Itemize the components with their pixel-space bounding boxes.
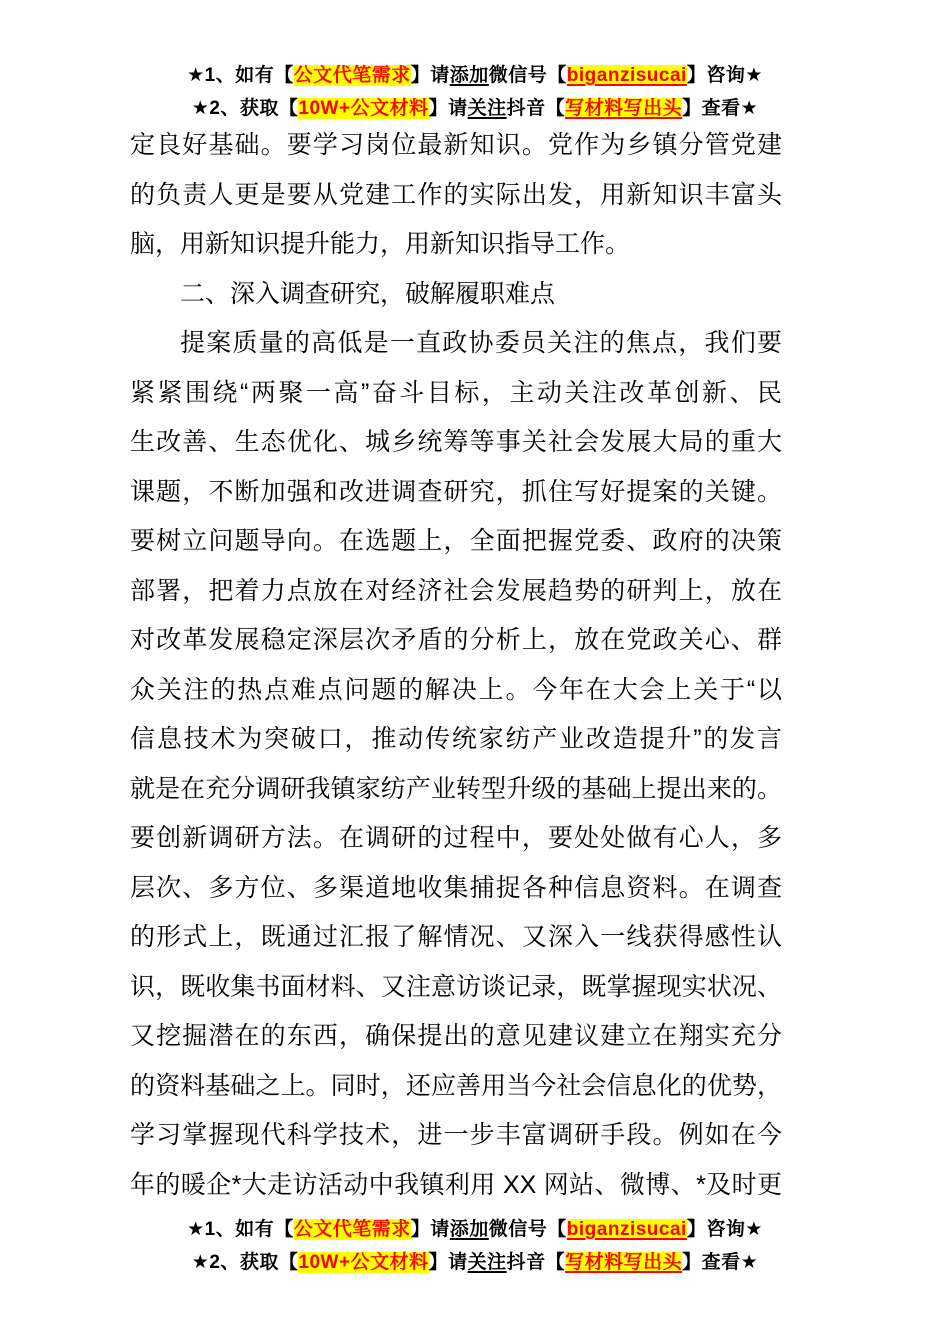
text-line-paragraph-start: 提案质量的高低是一直政协委员关注的焦点，我们要: [130, 319, 782, 369]
promo-segment-action-add: 添加: [450, 1219, 489, 1240]
promo-segment-bracket-mid: 】请: [429, 98, 468, 119]
promo-segment-star-prefix: ★2、获取【: [192, 98, 299, 119]
text-line: 的资料基础之上。同时，还应善用当今社会信息化的优势，: [130, 1062, 782, 1112]
paragraph-continuation: 定良好基础。要学习岗位最新知识。党作为乡镇分管党建的负责人更是要从党建工作的实际…: [130, 121, 782, 220]
promo-segment-wechat-id: biganzisucai: [567, 65, 687, 86]
promo-segment-bracket-mid: 】请: [429, 1252, 468, 1273]
promo-segment-action-follow: 关注: [468, 98, 507, 119]
section-heading: 二、深入调查研究，破解履职难点: [130, 270, 782, 320]
promo-segment-action-add: 添加: [450, 65, 489, 86]
document-body: 定良好基础。要学习岗位最新知识。党作为乡镇分管党建的负责人更是要从党建工作的实际…: [130, 121, 782, 1210]
text-line: 众关注的热点难点问题的解决上。今年在大会上关于“以: [130, 666, 782, 716]
text-line: 的形式上，既通过汇报了解情况、又深入一线获得感性认: [130, 913, 782, 963]
text-line: 信息技术为突破口，推动传统家纺产业改造提升”的发言: [130, 715, 782, 765]
text-line: 要树立问题导向。在选题上，全面把握党委、政府的决策: [130, 517, 782, 567]
text-line: 又挖掘潜在的东西，确保提出的意见建议建立在翔实充分: [130, 1012, 782, 1062]
promo-segment-star-suffix: 】咨询★: [687, 65, 763, 86]
text-line: 紧紧围绕“两聚一高”奋斗目标，主动关注改革创新、民: [130, 369, 782, 419]
footer-promo-banner: ★1、如有【公文代笔需求】请添加微信号【biganzisucai】咨询★ ★2、…: [0, 1213, 950, 1279]
promo-segment-material-keyword: 10W+公文材料: [298, 98, 428, 119]
text-line: 学习掌握现代科学技术，进一步丰富调研手段。例如在今: [130, 1111, 782, 1161]
text-line: 脑，用新知识提升能力，用新知识指导工作。: [130, 220, 782, 270]
paragraph-body: 紧紧围绕“两聚一高”奋斗目标，主动关注改革创新、民生改善、生态优化、城乡统筹等事…: [130, 369, 782, 1211]
header-promo-banner: ★1、如有【公文代笔需求】请添加微信号【biganzisucai】咨询★ ★2、…: [0, 59, 950, 125]
promo-segment-douyin-account: 写材料写出头: [565, 1252, 682, 1273]
promo-segment-douyin-label: 抖音【: [507, 1252, 566, 1273]
footer-promo-line-1: ★1、如有【公文代笔需求】请添加微信号【biganzisucai】咨询★: [0, 1213, 950, 1246]
promo-segment-douyin-account: 写材料写出头: [565, 98, 682, 119]
promo-segment-star-prefix: ★2、获取【: [192, 1252, 299, 1273]
promo-segment-wechat-label: 微信号【: [489, 1219, 567, 1240]
text-line: 就是在充分调研我镇家纺产业转型升级的基础上提出来的。: [130, 765, 782, 815]
promo-segment-star-suffix: 】咨询★: [687, 1219, 763, 1240]
footer-promo-line-2: ★2、获取【10W+公文材料】请关注抖音【写材料写出头】查看★: [0, 1246, 950, 1279]
promo-segment-material-keyword: 10W+公文材料: [298, 1252, 428, 1273]
text-line: 层次、多方位、多渠道地收集捕捉各种信息资料。在调查: [130, 864, 782, 914]
text-line: 生改善、生态优化、城乡统筹等事关社会发展大局的重大: [130, 418, 782, 468]
text-line: 要创新调研方法。在调研的过程中，要处处做有心人，多: [130, 814, 782, 864]
promo-segment-action-follow: 关注: [468, 1252, 507, 1273]
promo-segment-star-suffix: 】查看★: [682, 98, 758, 119]
text-line: 部署，把着力点放在对经济社会发展趋势的研判上，放在: [130, 567, 782, 617]
text-line: 课题，不断加强和改进调查研究，抓住写好提案的关键。: [130, 468, 782, 518]
text-line: 定良好基础。要学习岗位最新知识。党作为乡镇分管党建: [130, 121, 782, 171]
promo-segment-wechat-label: 微信号【: [489, 65, 567, 86]
promo-segment-star-suffix: 】查看★: [682, 1252, 758, 1273]
text-line: 对改革发展稳定深层次矛盾的分析上，放在党政关心、群: [130, 616, 782, 666]
text-line: 年的暖企*大走访活动中我镇利用 XX 网站、微博、*及时更: [130, 1161, 782, 1211]
text-line: 的负责人更是要从党建工作的实际出发，用新知识丰富头: [130, 171, 782, 221]
header-promo-line-1: ★1、如有【公文代笔需求】请添加微信号【biganzisucai】咨询★: [0, 59, 950, 92]
promo-segment-star-prefix: ★1、如有【: [187, 1219, 294, 1240]
promo-segment-service-keyword: 公文代笔需求: [294, 1219, 411, 1240]
promo-segment-service-keyword: 公文代笔需求: [294, 65, 411, 86]
promo-segment-bracket-mid: 】请: [411, 1219, 450, 1240]
document-page: ★1、如有【公文代笔需求】请添加微信号【biganzisucai】咨询★ ★2、…: [0, 0, 950, 1344]
promo-segment-douyin-label: 抖音【: [507, 98, 566, 119]
text-line: 识，既收集书面材料、又注意访谈记录，既掌握现实状况、: [130, 963, 782, 1013]
promo-segment-wechat-id: biganzisucai: [567, 1219, 687, 1240]
promo-segment-star-prefix: ★1、如有【: [187, 65, 294, 86]
promo-segment-bracket-mid: 】请: [411, 65, 450, 86]
